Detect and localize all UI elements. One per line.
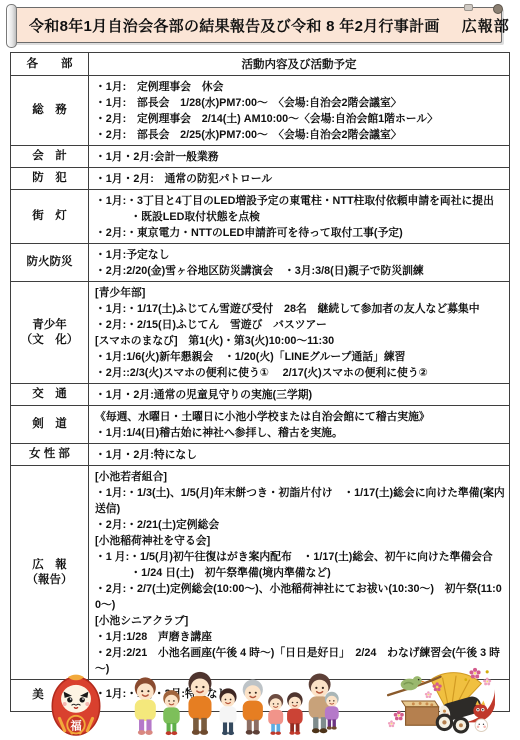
activity-line: ・1月:・3丁目と4丁目のLED増設予定の東電柱・NTT柱取付依頼申請を両社に提… <box>95 193 505 209</box>
activity-cell: ・1月・2月:通常の児童見守りの実施(三学期) <box>89 384 510 406</box>
table-row: 防 犯・1月・2月: 通常の防犯パトロール <box>11 168 510 190</box>
activity-line: ・2月:・東京電力・NTTのLED申請許可を待って取付工事(予定) <box>95 225 505 241</box>
activity-line: ・1 月:・1/5(月)初午往復はがき案内配布 ・1/17(土)総会、初午に向け… <box>95 549 505 565</box>
table-row: 女 性 部・1月・2月:特になし <box>11 444 510 466</box>
table-row: 会 計・1月・2月:会計一般業務 <box>11 146 510 168</box>
activity-line: ・1月:・1/17(土)ふじてん雪遊び受付 28名 継続して参加者の友人など募集… <box>95 301 505 317</box>
activity-line: ・2月:・2/21(土)定例総会 <box>95 517 505 533</box>
activity-cell: ・1月・2月:特になし <box>89 444 510 466</box>
page-title: 令和8年1月自治会各部の結果報告及び令和 8 年2月行事計画 <box>29 15 440 36</box>
table-row: 防火防災・1月:予定なし・2月:2/20(金)雪ヶ谷地区防災講演会 ・3月:3/… <box>11 244 510 282</box>
activity-line: ・1月:1/4(日)稽古始に神社へ参拝し、稽古を実施。 <box>95 425 505 441</box>
table-row: 総 務・1月: 定例理事会 休会・1月: 部長会 1/28(水)PM7:00～ … <box>11 76 510 146</box>
page-title-department: 広報部 <box>462 15 510 36</box>
dept-cell: 総 務 <box>11 76 89 146</box>
table-row: 街 灯・1月:・3丁目と4丁目のLED増設予定の東電柱・NTT柱取付依頼申請を両… <box>11 190 510 244</box>
activity-line: ・1月・2月:特になし <box>95 447 505 463</box>
table-row: 交 通・1月・2月:通常の児童見守りの実施(三学期) <box>11 384 510 406</box>
activity-line: [小池稲荷神社を守る会] <box>95 533 505 549</box>
activity-line: ・1月: 部長会 1/28(水)PM7:00～ 〈会場:自治会2階会議室〉 <box>95 95 505 111</box>
activity-cell: [青少年部]・1月:・1/17(土)ふじてん雪遊び受付 28名 継続して参加者の… <box>89 282 510 384</box>
activity-cell: ・1月:予定なし・2月:2/20(金)雪ヶ谷地区防災講演会 ・3月:3/8(日)… <box>89 244 510 282</box>
dept-cell: 会 計 <box>11 146 89 168</box>
header-dept-cell: 各 部 <box>11 53 89 76</box>
table-row: 広 報 （報告）[小池若者組合]・1月:・1/3(土)、1/5(月)年末餅つき・… <box>11 466 510 680</box>
activity-line: ・1月:予定なし <box>95 247 505 263</box>
dept-cell: 広 報 （報告） <box>11 466 89 680</box>
activity-line: ・1月・2月:会計一般業務 <box>95 149 505 165</box>
activity-cell: ・1月・2月: 通常の防犯パトロール <box>89 168 510 190</box>
dept-cell: 剣 道 <box>11 406 89 444</box>
activity-line: ・2月: 定例理事会 2/14(土) AM10:00～〈会場:自治会館1階ホール… <box>95 111 505 127</box>
dept-cell: 青少年 （文 化） <box>11 282 89 384</box>
table-row: 青少年 （文 化）[青少年部]・1月:・1/17(土)ふじてん雪遊び受付 28名… <box>11 282 510 384</box>
dept-cell: 女 性 部 <box>11 444 89 466</box>
daruma-doll-illustration: 福 <box>48 671 104 737</box>
activity-line: 《毎週、水曜日・土曜日に小池小学校または自治会館にて稽古実施》 <box>95 409 505 425</box>
activity-line: ・2月:・2/7(土)定例総会(10:00～)、小池稲荷神社にてお祓い(10:3… <box>95 581 505 613</box>
activity-line: ・1/24 日(土) 初午祭準備(境内準備など) <box>95 565 505 581</box>
scroll-edge-icon <box>6 4 17 48</box>
activity-cell: ・1月:・3丁目と4丁目のLED増設予定の東電柱・NTT柱取付依頼申請を両社に提… <box>89 190 510 244</box>
activity-cell: [小池若者組合]・1月:・1/3(土)、1/5(月)年末餅つき・初詣片付け ・1… <box>89 466 510 680</box>
dept-cell: 街 灯 <box>11 190 89 244</box>
activity-line: [小池シニアクラブ] <box>95 613 505 629</box>
activity-line: ・1月:1/28 声磨き講座 <box>95 629 505 645</box>
activity-line: [小池若者組合] <box>95 469 505 485</box>
activity-line: [青少年部] <box>95 285 505 301</box>
dept-cell: 交 通 <box>11 384 89 406</box>
report-table: 各 部 活動内容及び活動予定 総 務・1月: 定例理事会 休会・1月: 部長会 … <box>10 52 510 712</box>
activity-line: ・1月・2月: 通常の防犯パトロール <box>95 171 505 187</box>
pin-icon <box>464 4 473 11</box>
activity-line: ・2月: 部長会 2/25(水)PM7:00～ 〈会場:自治会2階会議室〉 <box>95 127 505 143</box>
daruma-fuku-character: 福 <box>69 718 82 732</box>
activity-line: ・1月: 定例理事会 休会 <box>95 79 505 95</box>
activity-line: ・2月:・2/15(日)ふじてん 雪遊び バスツアー <box>95 317 505 333</box>
activity-line: ・既設LED取付状態を点検 <box>95 209 505 225</box>
roll-corner-icon <box>493 4 503 14</box>
family-group-illustration <box>128 666 343 738</box>
header-activity-cell: 活動内容及び活動予定 <box>89 53 510 76</box>
activity-line: ・2月:2/20(金)雪ヶ谷地区防災講演会 ・3月:3/8(日)親子で防災訓練 <box>95 263 505 279</box>
activity-line: ・1月・2月:通常の児童見守りの実施(三学期) <box>95 387 505 403</box>
activity-cell: ・1月: 定例理事会 休会・1月: 部長会 1/28(水)PM7:00～ 〈会場… <box>89 76 510 146</box>
report-table-body: 総 務・1月: 定例理事会 休会・1月: 部長会 1/28(水)PM7:00～ … <box>11 76 510 712</box>
title-banner: 令和8年1月自治会各部の結果報告及び令和 8 年2月行事計画 広報部 <box>12 7 502 43</box>
dept-cell: 防火防災 <box>11 244 89 282</box>
new-year-food-illustration <box>386 666 498 734</box>
activity-line: ・1月:1/6(火)新年懇親会 ・1/20(火)「LINEグループ通話」練習 <box>95 349 505 365</box>
table-row: 剣 道《毎週、水曜日・土曜日に小池小学校または自治会館にて稽古実施》・1月:1/… <box>11 406 510 444</box>
activity-line: ・1月:・1/3(土)、1/5(月)年末餅つき・初詣片付け ・1/17(土)総会… <box>95 485 505 517</box>
activity-cell: ・1月・2月:会計一般業務 <box>89 146 510 168</box>
dept-cell: 防 犯 <box>11 168 89 190</box>
table-header-row: 各 部 活動内容及び活動予定 <box>11 53 510 76</box>
footer-illustrations: 福 <box>0 663 520 740</box>
activity-cell: 《毎週、水曜日・土曜日に小池小学校または自治会館にて稽古実施》・1月:1/4(日… <box>89 406 510 444</box>
activity-line: ・2月::2/3(火)スマホの便利に使う① 2/17(火)スマホの便利に使う② <box>95 365 505 381</box>
activity-line: [スマホのまなび] 第1(火)・第3(火)10:00～11:30 <box>95 333 505 349</box>
